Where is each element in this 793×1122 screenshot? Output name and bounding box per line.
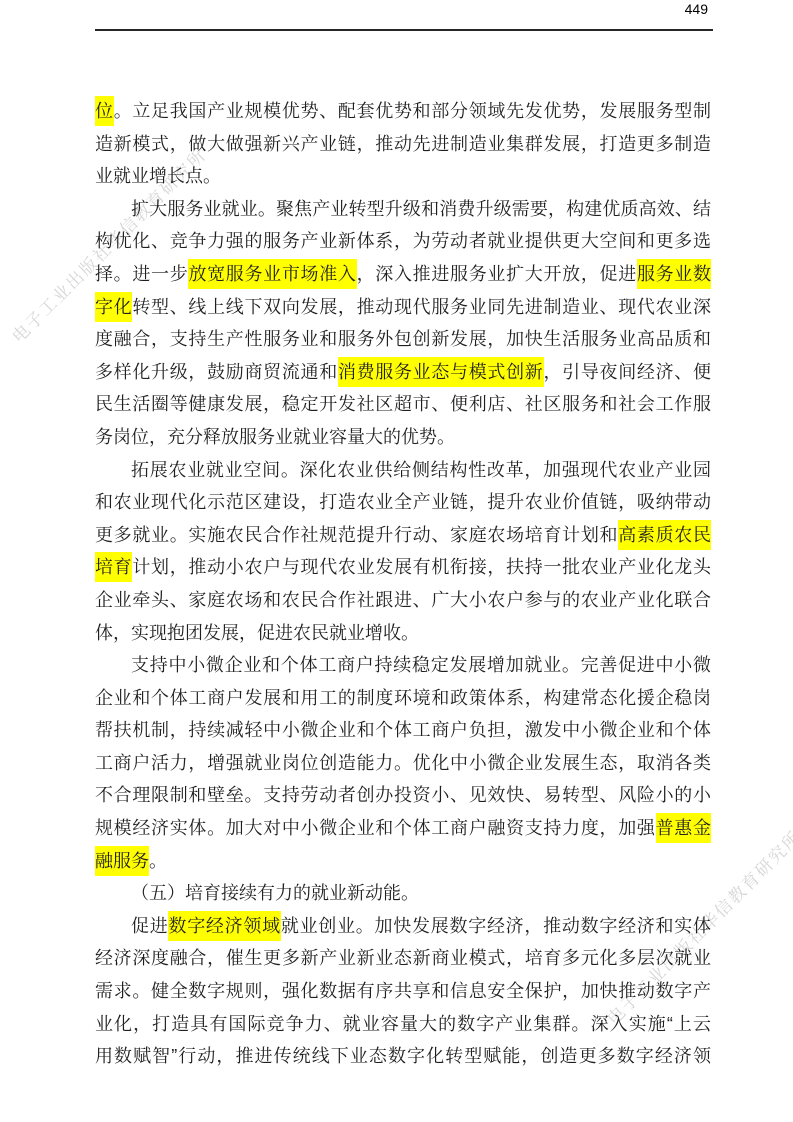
text-line: 拓展农业就业空间。深化农业供给侧结构性改革，加强现代农业产业园 (95, 454, 711, 487)
paragraph: 促进数字经济领域就业创业。加快发展数字经济，推动数字经济和实体经济深度融合，催生… (95, 910, 711, 1073)
text-segment: 民生活圈等健康发展，稳定开发社区超市、便利店、社区服务和社会工作服 (95, 394, 711, 414)
text-line: 工商户活力，增强就业岗位创造能力。优化中小微企业发展生态，取消各类 (95, 747, 711, 780)
text-segment: 计划，推动小农户与现代农业发展有机衔接，扶持一批农业产业化龙头 (132, 557, 711, 577)
text-line: 不合理限制和壁垒。支持劳动者创办投资小、见效快、易转型、风险小的小 (95, 779, 711, 812)
highlighted-text: 字化 (95, 292, 132, 322)
text-segment: 需求。健全数字规则，强化数据有序共享和信息安全保护，加快推动数字产 (95, 981, 711, 1001)
highlighted-text: 位 (95, 96, 114, 126)
text-segment: 体，实现抱团发展，促进农民就业增收。 (95, 623, 419, 643)
text-segment: 支持中小微企业和个体工商户持续稳定发展增加就业。完善促进中小微 (131, 655, 711, 675)
highlighted-text: 高素质农民 (618, 520, 711, 550)
text-line: 规模经济实体。加大对中小微企业和个体工商户融资支持力度，加强普惠金 (95, 812, 711, 845)
text-segment: 促进 (131, 916, 168, 936)
paragraph: 支持中小微企业和个体工商户持续稳定发展增加就业。完善促进中小微企业和个体工商户发… (95, 649, 711, 877)
text-segment: 和农业现代化示范区建设，打造农业全产业链，提升农业价值链，吸纳带动 (95, 492, 711, 512)
text-line: 择。进一步放宽服务业市场准入，深入推进服务业扩大开放，促进服务业数 (95, 258, 711, 291)
text-segment: 扩大服务业就业。聚焦产业转型升级和消费升级需要，构建优质高效、结 (131, 199, 711, 219)
text-segment: 多样化升级，鼓励商贸流通和 (95, 362, 338, 382)
text-segment: 造新模式，做大做强新兴产业链，推动先进制造业集群发展，打造更多制造 (95, 134, 711, 154)
text-line: 用数赋智”行动，推进传统线下业态数字化转型赋能，创造更多数字经济领 (95, 1040, 711, 1073)
text-segment: 。 (149, 851, 167, 871)
text-line: 扩大服务业就业。聚焦产业转型升级和消费升级需要，构建优质高效、结 (95, 193, 711, 226)
text-segment: 企业和个体工商户发展和用工的制度环境和政策体系，构建常态化援企稳岗 (95, 688, 711, 708)
text-segment: 就业创业。加快发展数字经济，推动数字经济和实体 (281, 916, 711, 936)
text-line: 企业牵头、家庭农场和农民合作社跟进、广大小农户参与的农业产业化联合 (95, 584, 711, 617)
text-line: 务岗位，充分释放服务业就业容量大的优势。 (95, 421, 711, 454)
text-segment: 度融合，支持生产性服务业和服务外包创新发展，加快生活服务业高品质和 (95, 329, 711, 349)
text-segment: 业化，打造具有国际竞争力、就业容量大的数字产业集群。深入实施“上云 (95, 1014, 711, 1034)
text-segment: 工商户活力，增强就业岗位创造能力。优化中小微企业发展生态，取消各类 (95, 753, 711, 773)
text-line: 位。立足我国产业规模优势、配套优势和部分领域先发优势，发展服务型制 (95, 95, 711, 128)
text-segment: 不合理限制和壁垒。支持劳动者创办投资小、见效快、易转型、风险小的小 (95, 785, 711, 805)
text-line: 多样化升级，鼓励商贸流通和消费服务业态与模式创新，引导夜间经济、便 (95, 356, 711, 389)
text-segment: （五）培育接续有力的就业新动能。 (131, 883, 419, 903)
text-line: 度融合，支持生产性服务业和服务外包创新发展，加快生活服务业高品质和 (95, 323, 711, 356)
text-segment: 构优化、竞争力强的服务产业新体系，为劳动者就业提供更大空间和更多选 (95, 231, 711, 251)
paragraph: 拓展农业就业空间。深化农业供给侧结构性改革，加强现代农业产业园和农业现代化示范区… (95, 454, 711, 650)
text-line: 构优化、竞争力强的服务产业新体系，为劳动者就业提供更大空间和更多选 (95, 225, 711, 258)
text-line: 体，实现抱团发展，促进农民就业增收。 (95, 617, 711, 650)
text-line: 造新模式，做大做强新兴产业链，推动先进制造业集群发展，打造更多制造 (95, 128, 711, 161)
text-line: 和农业现代化示范区建设，打造农业全产业链，提升农业价值链，吸纳带动 (95, 486, 711, 519)
highlighted-text: 培育 (95, 552, 132, 582)
text-segment: 拓展农业就业空间。深化农业供给侧结构性改革，加强现代农业产业园 (131, 460, 711, 480)
text-segment: 务岗位，充分释放服务业就业容量大的优势。 (95, 427, 455, 447)
text-segment: 择。进一步 (95, 264, 188, 284)
text-line: 需求。健全数字规则，强化数据有序共享和信息安全保护，加快推动数字产 (95, 975, 711, 1008)
paragraph: （五）培育接续有力的就业新动能。 (95, 877, 711, 910)
highlighted-text: 服务业数 (637, 259, 711, 289)
text-segment: ，深入推进服务业扩大开放，促进 (357, 264, 637, 284)
text-line: 经济深度融合，催生更多新产业新业态新商业模式，培育多元化多层次就业 (95, 942, 711, 975)
text-line: 企业和个体工商户发展和用工的制度环境和政策体系，构建常态化援企稳岗 (95, 682, 711, 715)
header-divider-rule (95, 29, 713, 31)
text-segment: 经济深度融合，催生更多新产业新业态新商业模式，培育多元化多层次就业 (95, 948, 711, 968)
text-segment: 企业牵头、家庭农场和农民合作社跟进、广大小农户参与的农业产业化联合 (95, 590, 711, 610)
highlighted-text: 数字经济领域 (168, 911, 280, 941)
text-line: 培育计划，推动小农户与现代农业发展有机衔接，扶持一批农业产业化龙头 (95, 551, 711, 584)
text-line: 帮扶机制，持续减轻中小微企业和个体工商户负担，激发中小微企业和个体 (95, 714, 711, 747)
highlighted-text: 普惠金 (656, 813, 711, 843)
text-segment: 规模经济实体。加大对中小微企业和个体工商户融资支持力度，加强 (95, 818, 656, 838)
text-line: 民生活圈等健康发展，稳定开发社区超市、便利店、社区服务和社会工作服 (95, 388, 711, 421)
text-segment: 转型、线上线下双向发展，推动现代服务业同先进制造业、现代农业深 (132, 297, 711, 317)
highlighted-text: 融服务 (95, 846, 149, 876)
document-page: 449 电子工业出版社华信教育研究所 电子工业出版社华信教育研究所 位。立足我国… (0, 0, 793, 1122)
highlighted-text: 消费服务业态与模式创新 (338, 357, 544, 387)
highlighted-text: 放宽服务业市场准入 (188, 259, 356, 289)
text-segment: 更多就业。实施农民合作社规范提升行动、家庭农场培育计划和 (95, 525, 618, 545)
document-text: 位。立足我国产业规模优势、配套优势和部分领域先发优势，发展服务型制造新模式，做大… (95, 95, 711, 1073)
text-line: 业就业增长点。 (95, 160, 711, 193)
text-segment: 用数赋智”行动，推进传统线下业态数字化转型赋能，创造更多数字经济领 (95, 1046, 711, 1066)
text-line: 促进数字经济领域就业创业。加快发展数字经济，推动数字经济和实体 (95, 910, 711, 943)
text-segment: 业就业增长点。 (95, 166, 221, 186)
text-segment: ，引导夜间经济、便 (544, 362, 712, 382)
paragraph: 位。立足我国产业规模优势、配套优势和部分领域先发优势，发展服务型制造新模式，做大… (95, 95, 711, 193)
text-line: 融服务。 (95, 845, 711, 878)
paragraph: 扩大服务业就业。聚焦产业转型升级和消费升级需要，构建优质高效、结构优化、竞争力强… (95, 193, 711, 454)
text-line: 支持中小微企业和个体工商户持续稳定发展增加就业。完善促进中小微 (95, 649, 711, 682)
text-segment: 。立足我国产业规模优势、配套优势和部分领域先发优势，发展服务型制 (114, 101, 711, 121)
text-segment: 帮扶机制，持续减轻中小微企业和个体工商户负担，激发中小微企业和个体 (95, 720, 711, 740)
text-line: 更多就业。实施农民合作社规范提升行动、家庭农场培育计划和高素质农民 (95, 519, 711, 552)
page-number: 449 (0, 1, 708, 17)
text-line: 字化转型、线上线下双向发展，推动现代服务业同先进制造业、现代农业深 (95, 291, 711, 324)
text-line: （五）培育接续有力的就业新动能。 (95, 877, 711, 910)
text-line: 业化，打造具有国际竞争力、就业容量大的数字产业集群。深入实施“上云 (95, 1008, 711, 1041)
